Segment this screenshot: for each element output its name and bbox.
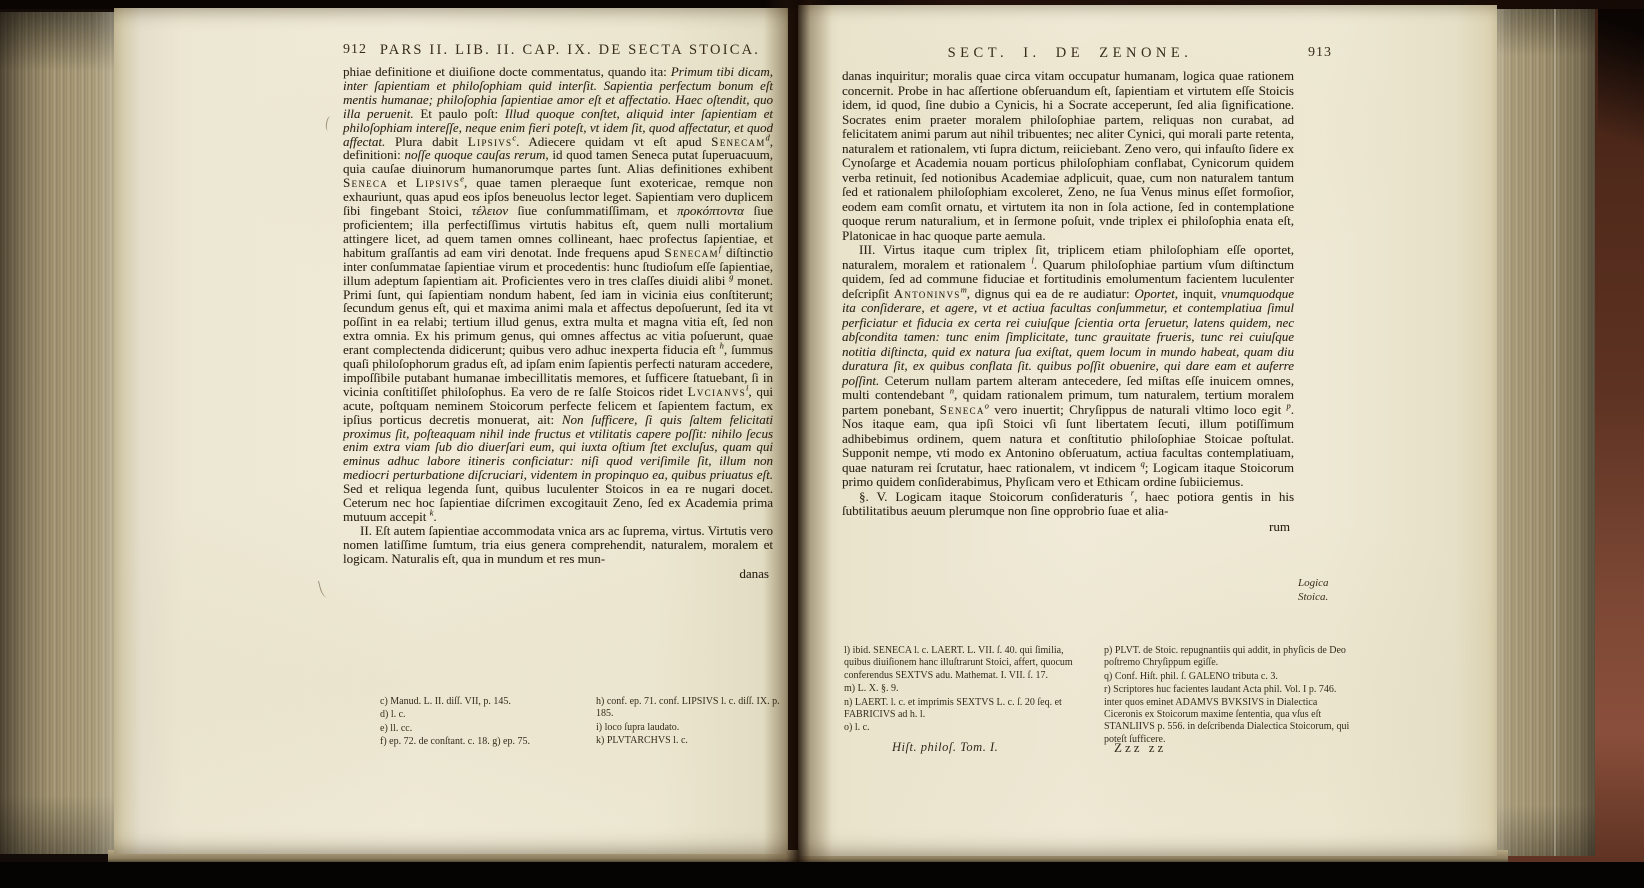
- footnote-p: p) PLVT. de Stoic. repugnantiis qui addi…: [1104, 645, 1350, 670]
- right-page-number: 913: [1308, 45, 1364, 62]
- right-paragraph-3: §. V. Logicam itaque Stoicorum conſidera…: [842, 490, 1294, 519]
- left-footnotes-col2: h) conf. ep. 71. conf. LIPSIVS l. c. diſ…: [596, 696, 792, 750]
- open-book-photo: 912 PARS II. LIB. II. CAP. IX. DE SECTA …: [0, 0, 1644, 888]
- right-footnotes-col1: l) ibid. SENECA l. c. LAERT. L. VII. ſ. …: [844, 645, 1090, 747]
- right-footnotes: l) ibid. SENECA l. c. LAERT. L. VII. ſ. …: [844, 645, 1350, 747]
- right-running-head: SECT. I. DE ZENONE. 913: [842, 45, 1364, 62]
- left-catchword: danas: [343, 567, 773, 581]
- margin-note-line1: Logica: [1298, 577, 1360, 591]
- right-body-text: danas inquiritur; moralis quae circa vit…: [842, 69, 1294, 534]
- left-footnotes-col1: c) Manud. L. II. diſſ. VII, p. 145. d) l…: [380, 696, 576, 750]
- table-shadow-bottom: [0, 862, 1644, 888]
- left-page-number: 912: [343, 42, 367, 59]
- left-running-head: 912 PARS II. LIB. II. CAP. IX. DE SECTA …: [343, 42, 773, 59]
- left-footnotes: c) Manud. L. II. diſſ. VII, p. 145. d) l…: [380, 696, 792, 750]
- left-paragraph-1: phiae definitione et diuiſione docte com…: [343, 65, 773, 524]
- footnote-i: i) loco ſupra laudato.: [596, 722, 792, 734]
- page-stack-edge-right: [1497, 5, 1595, 856]
- footnote-o: o) l. c.: [844, 722, 1090, 734]
- right-page: SECT. I. DE ZENONE. 913 danas inquiritur…: [798, 5, 1497, 856]
- right-catchword: rum: [842, 520, 1294, 535]
- right-footnotes-col2: p) PLVT. de Stoic. repugnantiis qui addi…: [1104, 645, 1350, 747]
- margin-note-line2: Stoica.: [1298, 591, 1360, 605]
- cover-corner-shadow: [1598, 0, 1644, 150]
- volume-footer-title: Hiſt. philoſ. Tom. I.: [892, 740, 998, 755]
- footnote-k: k) PLVTARCHVS l. c.: [596, 735, 792, 747]
- left-body-text: phiae definitione et diuiſione docte com…: [343, 65, 773, 581]
- right-paragraph-1: danas inquiritur; moralis quae circa vit…: [842, 69, 1294, 243]
- footnote-c: c) Manud. L. II. diſſ. VII, p. 145.: [380, 696, 576, 708]
- footnote-q: q) Conf. Hiſt. phil. ſ. GALENO tributa c…: [1104, 671, 1350, 683]
- footnote-r: r) Scriptores huc facientes laudant Acta…: [1104, 684, 1350, 746]
- ink-mark: [318, 579, 329, 598]
- left-page: 912 PARS II. LIB. II. CAP. IX. DE SECTA …: [114, 8, 788, 854]
- footnote-d: d) l. c.: [380, 709, 576, 721]
- footnote-m: m) L. X. §. 9.: [844, 683, 1090, 695]
- page-stack-edge-left: [0, 12, 116, 854]
- ink-mark: [325, 116, 334, 132]
- margin-note-logica-stoica: Logica Stoica.: [1298, 577, 1360, 604]
- footnote-h: h) conf. ep. 71. conf. LIPSIVS l. c. diſ…: [596, 696, 792, 721]
- footnote-n: n) LAERT. l. c. et imprimis SEXTVS L. c.…: [844, 697, 1090, 722]
- footnote-e: e) ll. cc.: [380, 723, 576, 735]
- signature-mark: Zzz zz: [1114, 740, 1166, 756]
- footnote-f-g: f) ep. 72. de conſtant. c. 18. g) ep. 75…: [380, 736, 576, 748]
- left-header-title: PARS II. LIB. II. CAP. IX. DE SECTA STOI…: [367, 42, 773, 59]
- left-paragraph-2: II. Eſt autem ſapientiae accommodata vni…: [343, 524, 773, 566]
- right-paragraph-2: III. Virtus itaque cum triplex ſit, trip…: [842, 243, 1294, 490]
- right-header-title: SECT. I. DE ZENONE.: [842, 45, 1308, 62]
- footnote-l: l) ibid. SENECA l. c. LAERT. L. VII. ſ. …: [844, 645, 1090, 682]
